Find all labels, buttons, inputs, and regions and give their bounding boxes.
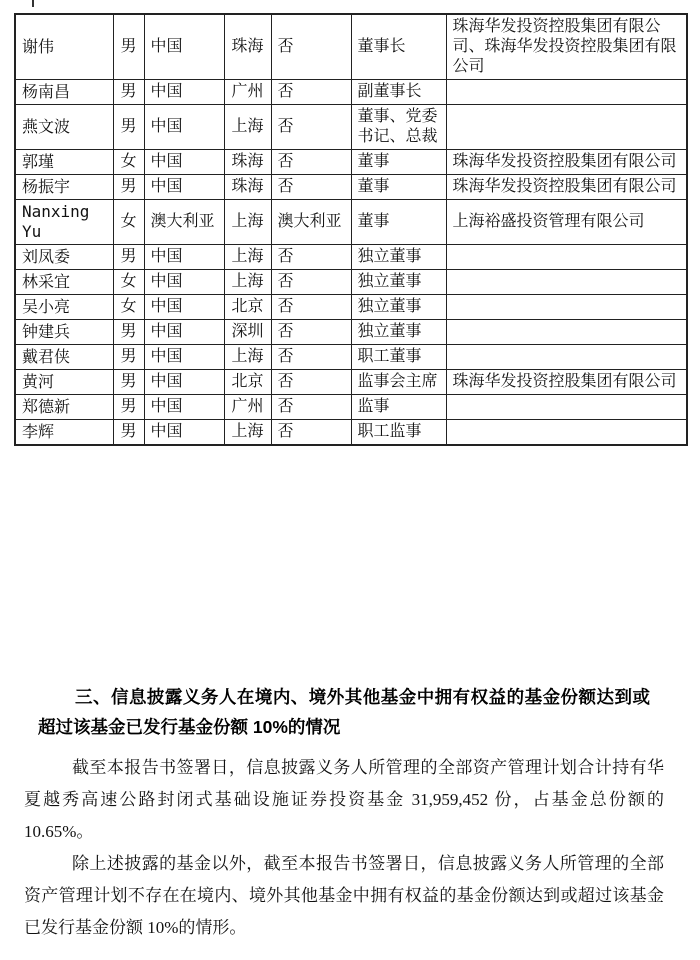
cell-gender: 男 — [113, 345, 144, 370]
table-row: 郑德新男中国广州否监事 — [15, 395, 687, 420]
table-row: 李辉男中国上海否职工监事 — [15, 420, 687, 446]
cell-gender: 男 — [113, 320, 144, 345]
cell-company — [446, 420, 687, 446]
cell-position: 独立董事 — [351, 295, 446, 320]
cell-company — [446, 345, 687, 370]
cell-name: Nanxing Yu — [15, 200, 113, 245]
cell-position: 董事、党委书记、总裁 — [351, 105, 446, 150]
cell-nationality: 中国 — [144, 245, 224, 270]
cell-name: 杨南昌 — [15, 80, 113, 105]
cell-company — [446, 395, 687, 420]
personnel-table-body: 谢伟男中国珠海否董事长珠海华发投资控股集团有限公司、珠海华发投资控股集团有限公司… — [15, 14, 687, 445]
cell-company — [446, 80, 687, 105]
cell-city: 广州 — [224, 395, 271, 420]
cell-residence: 否 — [271, 175, 351, 200]
table-row: Nanxing Yu女澳大利亚上海澳大利亚董事上海裕盛投资管理有限公司 — [15, 200, 687, 245]
cell-city: 上海 — [224, 270, 271, 295]
cell-gender: 男 — [113, 14, 144, 80]
cell-position: 董事 — [351, 150, 446, 175]
paragraph-fund-holdings: 截至本报告书签署日，信息披露义务人所管理的全部资产管理计划合计持有华夏越秀高速公… — [24, 752, 664, 848]
text-section: 三、信息披露义务人在境内、境外其他基金中拥有权益的基金份额达到或超过该基金已发行… — [0, 682, 700, 944]
cell-city: 北京 — [224, 370, 271, 395]
cell-city: 广州 — [224, 80, 271, 105]
cell-position: 董事长 — [351, 14, 446, 80]
cell-name: 刘凤委 — [15, 245, 113, 270]
cell-gender: 男 — [113, 370, 144, 395]
cell-nationality: 中国 — [144, 175, 224, 200]
table-row: 钟建兵男中国深圳否独立董事 — [15, 320, 687, 345]
cell-company — [446, 105, 687, 150]
cell-nationality: 中国 — [144, 105, 224, 150]
paragraph-no-other-funds: 除上述披露的基金以外，截至本报告书签署日，信息披露义务人所管理的全部资产管理计划… — [24, 848, 664, 944]
cell-position: 独立董事 — [351, 270, 446, 295]
table-row: 杨南昌男中国广州否副董事长 — [15, 80, 687, 105]
cell-name: 黄河 — [15, 370, 113, 395]
table-row: 戴君侠男中国上海否职工董事 — [15, 345, 687, 370]
table-row: 燕文波男中国上海否董事、党委书记、总裁 — [15, 105, 687, 150]
cell-residence: 否 — [271, 320, 351, 345]
cell-company: 珠海华发投资控股集团有限公司 — [446, 175, 687, 200]
cell-city: 珠海 — [224, 150, 271, 175]
table-row: 吴小亮女中国北京否独立董事 — [15, 295, 687, 320]
cell-position: 董事 — [351, 200, 446, 245]
cell-residence: 否 — [271, 270, 351, 295]
cell-residence: 否 — [271, 345, 351, 370]
cell-city: 珠海 — [224, 175, 271, 200]
cell-position: 监事会主席 — [351, 370, 446, 395]
personnel-table: 谢伟男中国珠海否董事长珠海华发投资控股集团有限公司、珠海华发投资控股集团有限公司… — [14, 13, 688, 446]
cell-company: 珠海华发投资控股集团有限公司 — [446, 370, 687, 395]
cell-nationality: 中国 — [144, 14, 224, 80]
cell-city: 上海 — [224, 420, 271, 446]
cell-name: 吴小亮 — [15, 295, 113, 320]
table-row: 刘凤委男中国上海否独立董事 — [15, 245, 687, 270]
cell-city: 上海 — [224, 245, 271, 270]
cell-residence: 否 — [271, 245, 351, 270]
cell-name: 燕文波 — [15, 105, 113, 150]
cell-nationality: 中国 — [144, 345, 224, 370]
cell-city: 深圳 — [224, 320, 271, 345]
cell-name: 杨振宇 — [15, 175, 113, 200]
cell-residence: 否 — [271, 105, 351, 150]
cell-residence: 否 — [271, 150, 351, 175]
cell-city: 上海 — [224, 105, 271, 150]
cell-company: 珠海华发投资控股集团有限公司 — [446, 150, 687, 175]
table-row: 黄河男中国北京否监事会主席珠海华发投资控股集团有限公司 — [15, 370, 687, 395]
cell-gender: 男 — [113, 420, 144, 446]
cell-position: 职工董事 — [351, 345, 446, 370]
cell-residence: 否 — [271, 370, 351, 395]
cell-residence: 澳大利亚 — [271, 200, 351, 245]
table-row: 杨振宇男中国珠海否董事珠海华发投资控股集团有限公司 — [15, 175, 687, 200]
cell-city: 北京 — [224, 295, 271, 320]
cell-city: 上海 — [224, 200, 271, 245]
cell-name: 戴君侠 — [15, 345, 113, 370]
cell-gender: 男 — [113, 105, 144, 150]
cell-company: 珠海华发投资控股集团有限公司、珠海华发投资控股集团有限公司 — [446, 14, 687, 80]
cell-nationality: 澳大利亚 — [144, 200, 224, 245]
cell-name: 林采宜 — [15, 270, 113, 295]
cell-position: 董事 — [351, 175, 446, 200]
cell-gender: 男 — [113, 245, 144, 270]
cell-position: 监事 — [351, 395, 446, 420]
table-row: 谢伟男中国珠海否董事长珠海华发投资控股集团有限公司、珠海华发投资控股集团有限公司 — [15, 14, 687, 80]
table-row: 郭瑾女中国珠海否董事珠海华发投资控股集团有限公司 — [15, 150, 687, 175]
cell-company — [446, 270, 687, 295]
table-row: 林采宜女中国上海否独立董事 — [15, 270, 687, 295]
cell-nationality: 中国 — [144, 295, 224, 320]
cell-position: 独立董事 — [351, 245, 446, 270]
cell-nationality: 中国 — [144, 270, 224, 295]
cell-name: 郭瑾 — [15, 150, 113, 175]
cell-name: 钟建兵 — [15, 320, 113, 345]
cell-name: 郑德新 — [15, 395, 113, 420]
cell-residence: 否 — [271, 420, 351, 446]
cell-gender: 男 — [113, 80, 144, 105]
cell-nationality: 中国 — [144, 420, 224, 446]
cell-company: 上海裕盛投资管理有限公司 — [446, 200, 687, 245]
cell-gender: 男 — [113, 175, 144, 200]
cell-company — [446, 320, 687, 345]
cell-nationality: 中国 — [144, 80, 224, 105]
section-heading: 三、信息披露义务人在境内、境外其他基金中拥有权益的基金份额达到或超过该基金已发行… — [38, 682, 650, 742]
cell-nationality: 中国 — [144, 150, 224, 175]
cell-city: 珠海 — [224, 14, 271, 80]
cell-nationality: 中国 — [144, 395, 224, 420]
cell-residence: 否 — [271, 80, 351, 105]
cell-gender: 男 — [113, 395, 144, 420]
cell-gender: 女 — [113, 200, 144, 245]
cell-position: 独立董事 — [351, 320, 446, 345]
cell-company — [446, 295, 687, 320]
cell-residence: 否 — [271, 14, 351, 80]
cell-gender: 女 — [113, 295, 144, 320]
page-top-scan-artifact — [32, 0, 34, 7]
cell-name: 李辉 — [15, 420, 113, 446]
cell-nationality: 中国 — [144, 320, 224, 345]
cell-residence: 否 — [271, 295, 351, 320]
cell-position: 副董事长 — [351, 80, 446, 105]
cell-company — [446, 245, 687, 270]
cell-position: 职工监事 — [351, 420, 446, 446]
document-page: 谢伟男中国珠海否董事长珠海华发投资控股集团有限公司、珠海华发投资控股集团有限公司… — [0, 0, 700, 960]
cell-residence: 否 — [271, 395, 351, 420]
cell-city: 上海 — [224, 345, 271, 370]
cell-gender: 女 — [113, 150, 144, 175]
cell-nationality: 中国 — [144, 370, 224, 395]
cell-gender: 女 — [113, 270, 144, 295]
cell-name: 谢伟 — [15, 14, 113, 80]
